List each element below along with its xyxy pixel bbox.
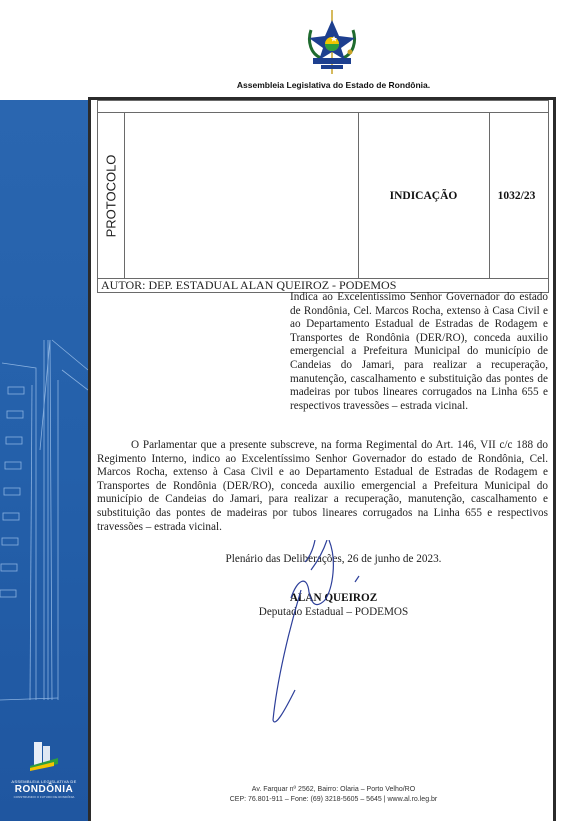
footer-contact: CEP: 76.801-911 – Fone: (69) 3218-5605 –… [100, 795, 567, 805]
protocol-table-row: PROTOCOLO INDICAÇÃO 1032/23 [98, 112, 548, 279]
institution-title: Assembleia Legislativa do Estado de Rond… [0, 80, 567, 90]
document-type-cell: INDICAÇÃO [358, 113, 490, 278]
document-type: INDICAÇÃO [358, 190, 489, 202]
footer: Av. Farquar nº 2562, Bairro: Olaria – Po… [0, 785, 567, 804]
footer-address: Av. Farquar nº 2562, Bairro: Olaria – Po… [100, 785, 567, 795]
handwritten-signature-icon [255, 540, 385, 740]
state-crest-icon [303, 8, 361, 76]
building-outline-icon [0, 100, 88, 821]
protocolo-cell: PROTOCOLO [98, 113, 125, 278]
justification-paragraph: O Parlamentar que a presente subscreve, … [97, 439, 548, 534]
protocol-table: PROTOCOLO INDICAÇÃO 1032/23 AUTOR: DEP. … [97, 100, 549, 293]
protocolo-label: PROTOCOLO [104, 154, 119, 237]
assembly-building-icon [24, 738, 64, 772]
ementa-text: Indica ao Excelentíssimo Senhor Governad… [290, 291, 548, 413]
side-decorative-band [0, 100, 88, 821]
document-number: 1032/23 [489, 190, 544, 202]
document-number-cell: 1032/23 [489, 113, 544, 278]
protocol-stamp-area [124, 113, 359, 278]
